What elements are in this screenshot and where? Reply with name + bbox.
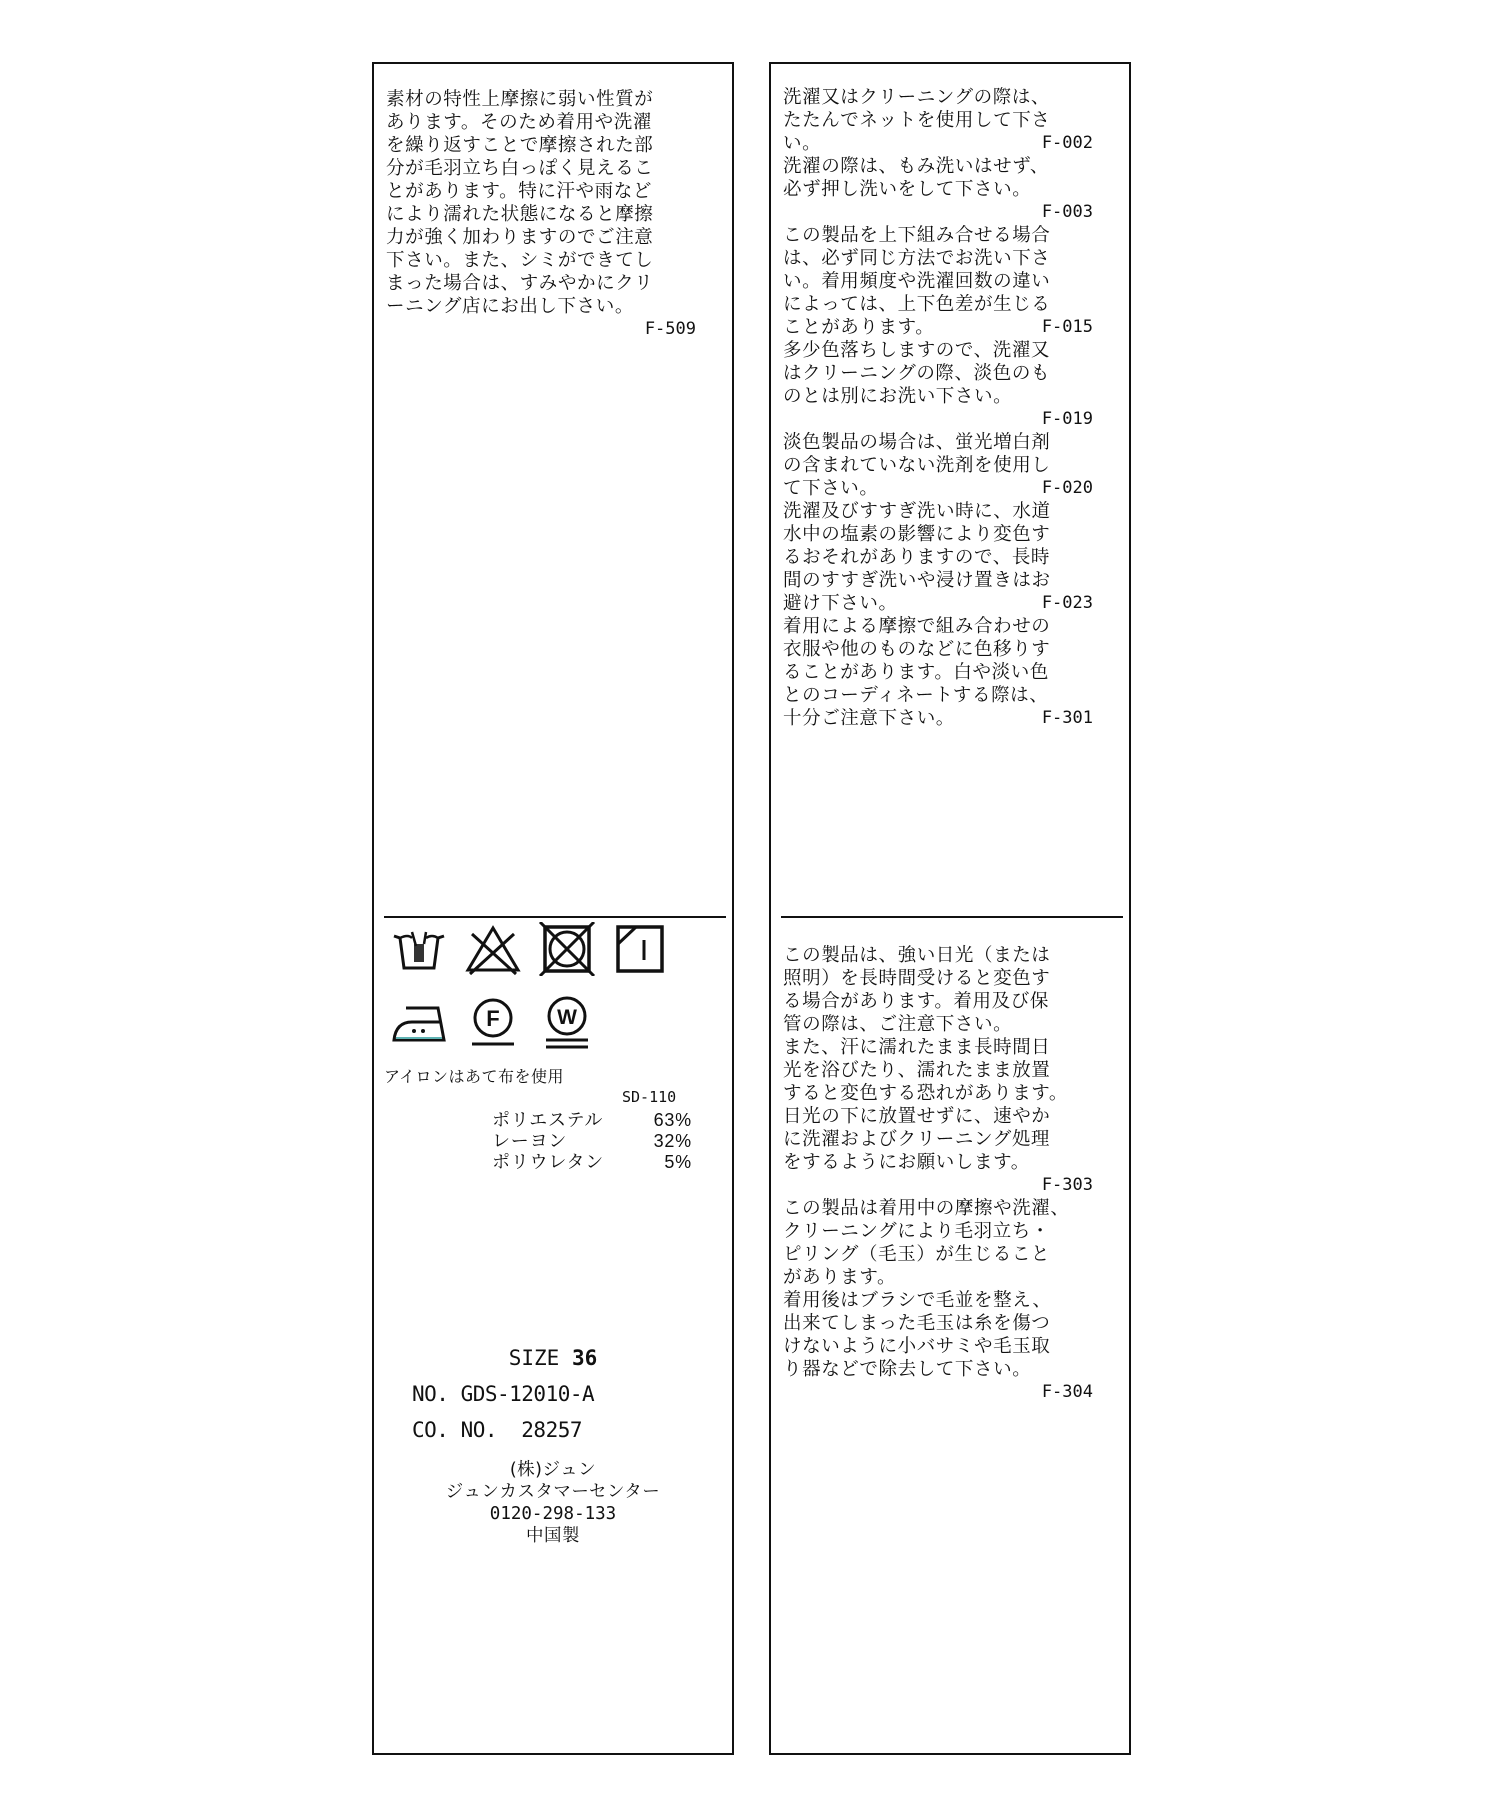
material-percent: 32% — [654, 1131, 692, 1152]
product-number: NO. GDS-12010-A — [412, 1382, 594, 1406]
caution-paragraph: この製品は着用中の摩擦や洗濯、 クリーニングにより毛羽立ち・ ピリング（毛玉）が… — [783, 1197, 1093, 1381]
svg-text:F: F — [486, 1006, 499, 1031]
material-name: レーヨン — [492, 1131, 567, 1152]
size-value: 36 — [572, 1346, 597, 1370]
caution-instructions: この製品は、強い日光（または 照明）を長時間受けると変色す る場合があります。着… — [783, 944, 1093, 1404]
material-name: ポリウレタン — [492, 1152, 604, 1173]
sd-code: SD-110 — [622, 1088, 676, 1106]
iron-low-temp-icon — [390, 996, 448, 1050]
size-label: SIZE — [509, 1346, 560, 1370]
instruction-paragraph: 多少色落ちしますので、洗濯又 はクリーニングの際、淡色のも のとは別にお洗い下さ… — [783, 339, 1093, 408]
dry-clean-f-icon: F — [464, 996, 522, 1050]
line-dry-shade-icon — [612, 922, 670, 976]
material-percent: 5% — [664, 1152, 692, 1173]
warning-paragraph: 素材の特性上摩擦に弱い性質が あります。そのため着用や洗濯 を繰り返すことで摩擦… — [386, 88, 696, 318]
company-number: CO. NO. 28257 — [412, 1418, 582, 1442]
warning-code: F-509 — [386, 318, 696, 341]
svg-text:W: W — [557, 1006, 577, 1029]
material-percent: 63% — [654, 1110, 692, 1131]
phone-number: 0120-298-133 — [374, 1503, 732, 1525]
company-name: (株)ジュン — [374, 1459, 732, 1481]
material-name: ポリエステル — [492, 1110, 603, 1131]
caution-code: F-303 — [783, 1174, 1093, 1197]
section-divider — [781, 916, 1123, 918]
caution-paragraph: この製品は、強い日光（または 照明）を長時間受けると変色す る場合があります。着… — [783, 944, 1093, 1174]
caution-code: F-304 — [783, 1381, 1093, 1404]
no-bleach-icon — [464, 922, 522, 976]
iron-note: アイロンはあて布を使用 — [384, 1064, 564, 1087]
instruction-code: F-019 — [783, 408, 1093, 431]
composition-row: ポリウレタン 5% — [492, 1152, 692, 1173]
instruction-code: F-002 — [783, 132, 1093, 155]
hand-wash-icon — [390, 922, 448, 976]
washing-instructions: 洗濯又はクリーニングの際は、 たたんでネットを使用して下さ い。 F-002 洗… — [783, 86, 1093, 730]
customer-center: ジュンカスタマーセンター — [374, 1481, 732, 1503]
company-info: (株)ジュン ジュンカスタマーセンター 0120-298-133 中国製 — [374, 1459, 732, 1547]
section-divider — [384, 916, 726, 918]
fabric-warning-text: 素材の特性上摩擦に弱い性質が あります。そのため着用や洗濯 を繰り返すことで摩擦… — [386, 88, 696, 341]
instruction-code: F-003 — [783, 201, 1093, 224]
care-symbols-row-1 — [390, 922, 670, 976]
composition-row: レーヨン 32% — [492, 1131, 692, 1152]
care-label-right: 洗濯又はクリーニングの際は、 たたんでネットを使用して下さ い。 F-002 洗… — [769, 62, 1131, 1755]
care-symbols-row-2: F W — [390, 996, 596, 1050]
fabric-composition: ポリエステル 63% レーヨン 32% ポリウレタン 5% — [492, 1110, 692, 1173]
wet-clean-w-icon: W — [538, 996, 596, 1050]
instruction-paragraph: 洗濯の際は、もみ洗いはせず、 必ず押し洗いをして下さい。 — [783, 155, 1093, 201]
size-line: SIZE 36 — [374, 1346, 732, 1370]
no-tumble-dry-icon — [538, 922, 596, 976]
composition-row: ポリエステル 63% — [492, 1110, 692, 1131]
care-label-left: 素材の特性上摩擦に弱い性質が あります。そのため着用や洗濯 を繰り返すことで摩擦… — [372, 62, 734, 1755]
country-of-origin: 中国製 — [374, 1525, 732, 1547]
